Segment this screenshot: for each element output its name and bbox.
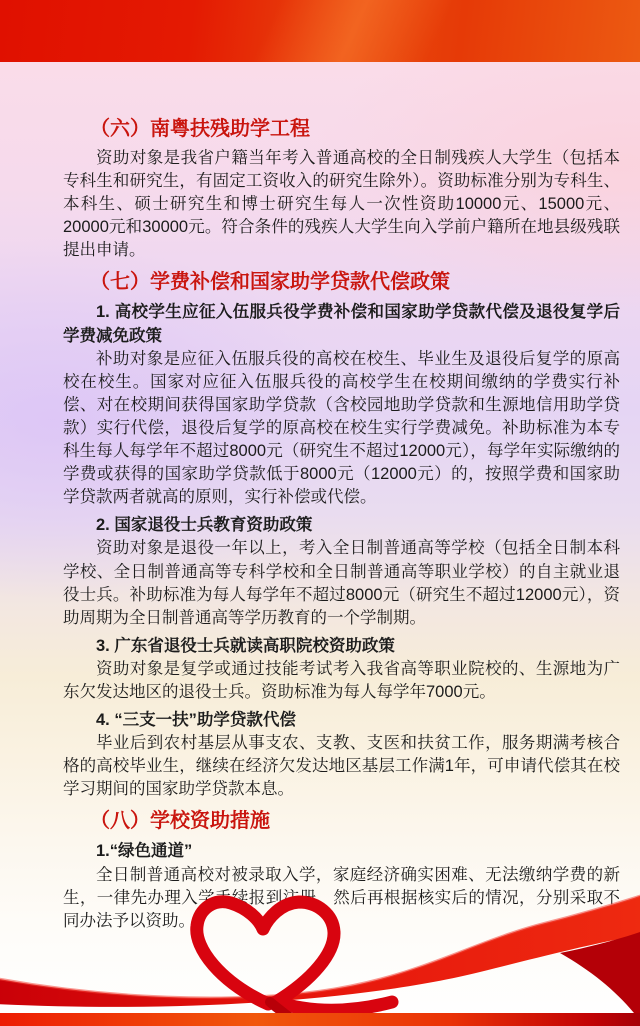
sub-heading-7-1: 1. 高校学生应征入伍服兵役学费补偿和国家助学贷款代偿及退役复学后学费减免政策: [63, 301, 620, 347]
paragraph-7-2: 资助对象是退役一年以上，考入全日制普通高等学校（包括全日制本科学校、全日制普通高…: [63, 537, 620, 629]
paragraph-7-4: 毕业后到农村基层从事支农、支教、支医和扶贫工作，服务期满考核合格的高校毕业生，继…: [63, 732, 620, 801]
top-banner: [0, 0, 640, 62]
paragraph-7-1: 补助对象是应征入伍服兵役的高校在校生、毕业生及退役后复学的原高校在校生。国家对应…: [63, 348, 620, 510]
ribbon-fold: [560, 930, 640, 1013]
section-heading-8: （八）学校资助措施: [63, 807, 620, 835]
sub-heading-7-4: 4. “三支一扶”助学贷款代偿: [63, 709, 620, 732]
section-heading-7: （七）学费补偿和国家助学贷款代偿政策: [63, 268, 620, 296]
sub-heading-7-2: 2. 国家退役士兵教育资助政策: [63, 514, 620, 537]
policy-text-column: （六）南粤扶残助学工程 资助对象是我省户籍当年考入普通高校的全日制残疾人大学生（…: [63, 62, 620, 933]
bottom-banner: [0, 1013, 640, 1026]
paragraph-7-3: 资助对象是复学或通过技能考试考入我省高等职业院校的、生源地为广东欠发达地区的退役…: [63, 658, 620, 704]
paragraph-8-1: 全日制普通高校对被录取入学，家庭经济确实困难、无法缴纳学费的新生，一律先办理入学…: [63, 864, 620, 933]
paragraph-section6: 资助对象是我省户籍当年考入普通高校的全日制残疾人大学生（包括本专科生和研究生，有…: [63, 147, 620, 262]
sub-heading-8-1: 1.“绿色通道”: [63, 840, 620, 863]
sub-heading-7-3: 3. 广东省退役士兵就读高职院校资助政策: [63, 635, 620, 658]
section-heading-6: （六）南粤扶残助学工程: [63, 115, 620, 143]
